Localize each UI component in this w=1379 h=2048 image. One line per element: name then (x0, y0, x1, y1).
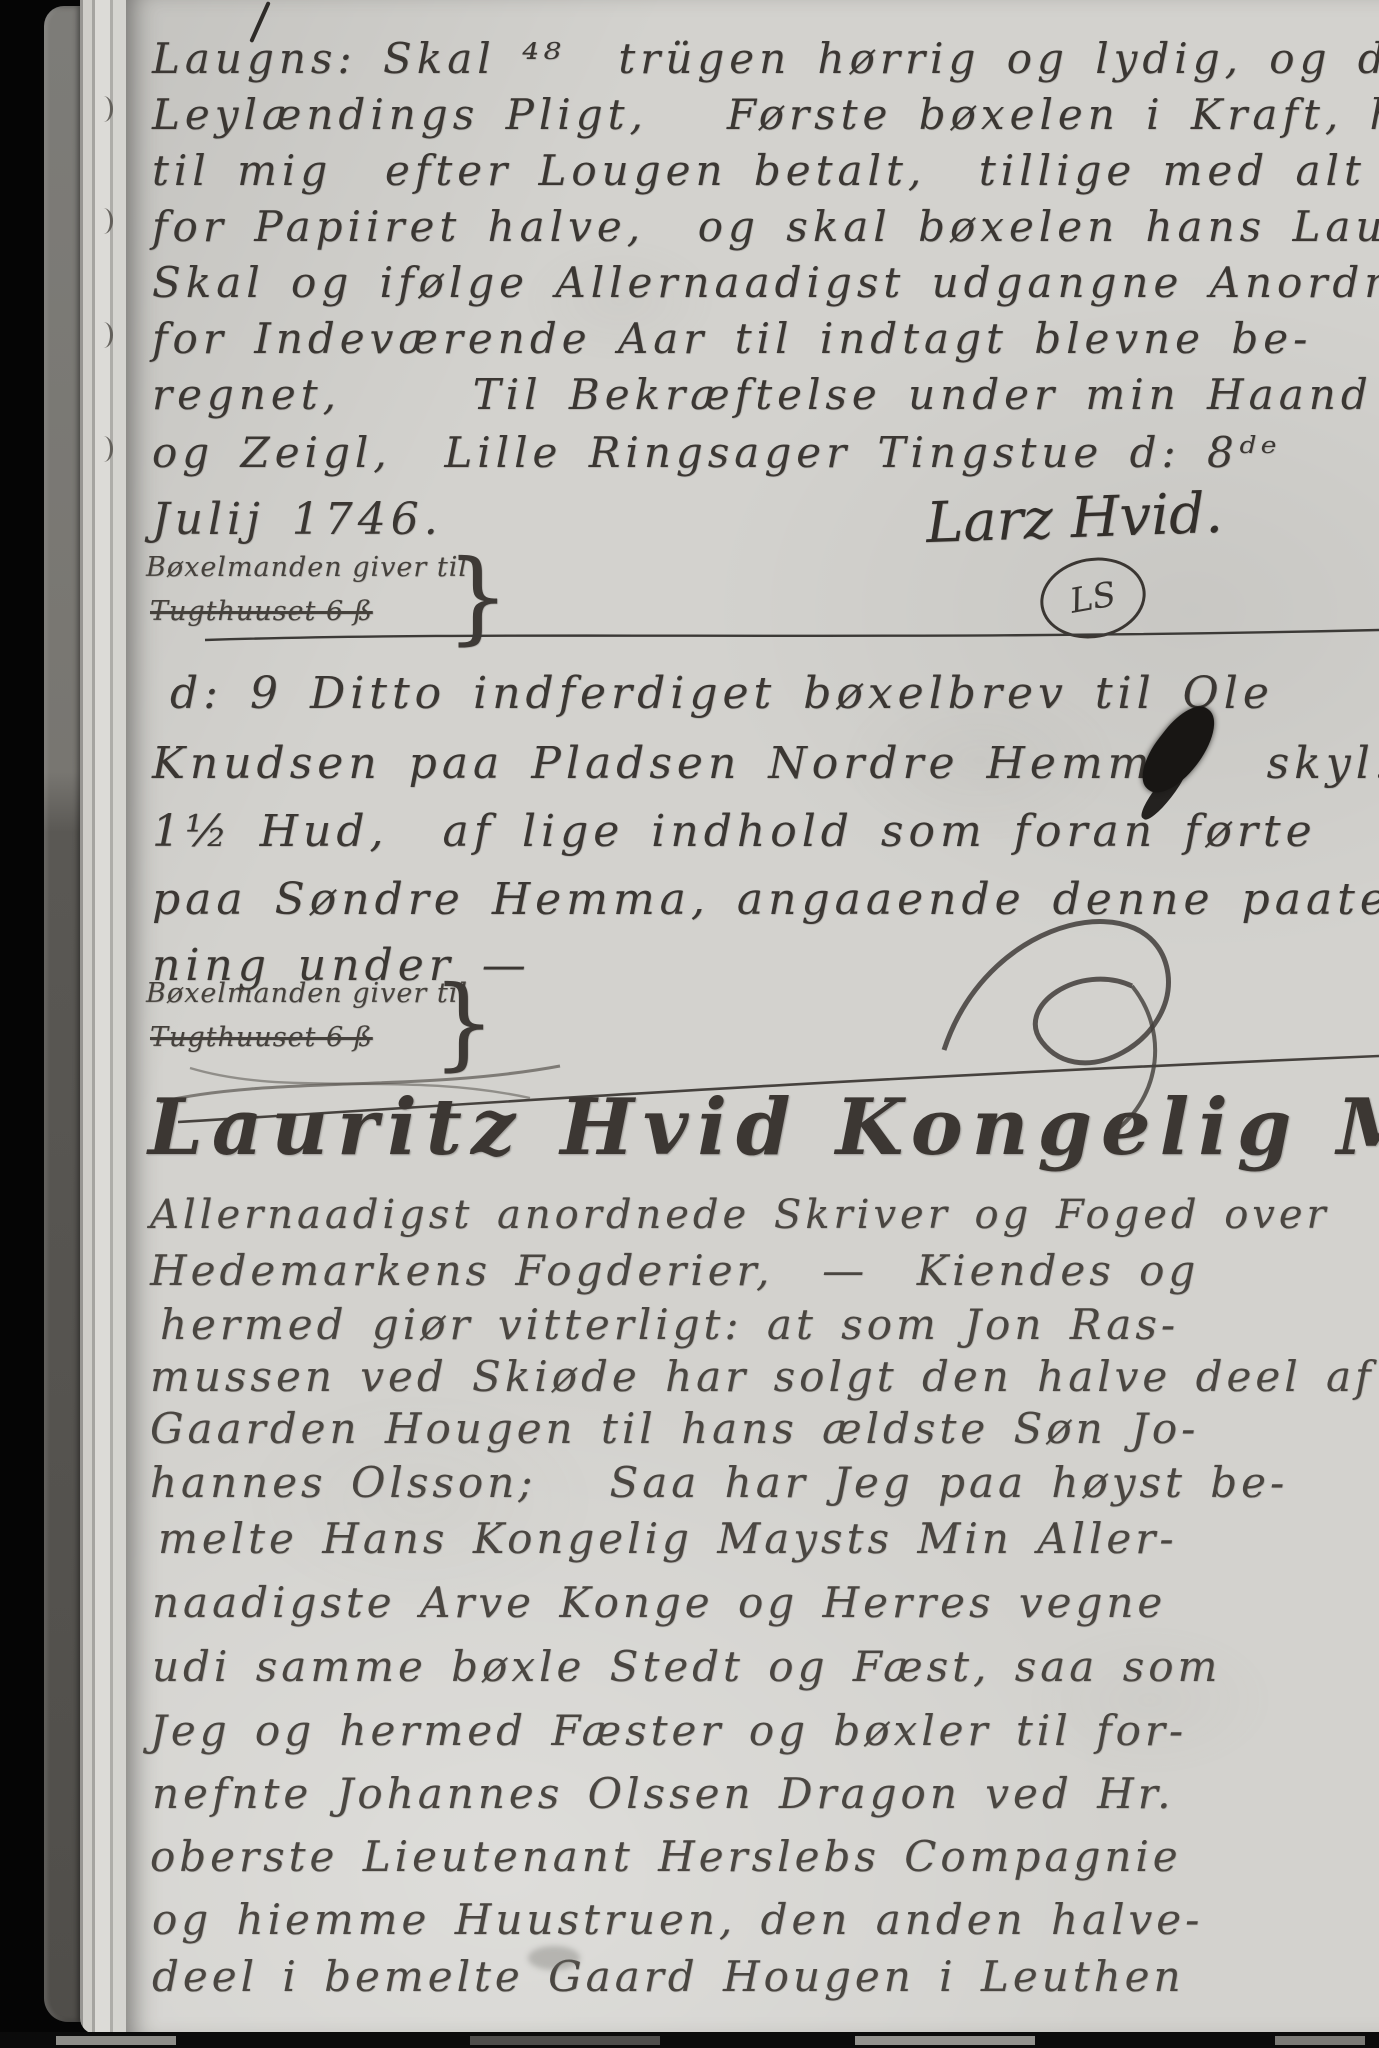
manuscript-line: Hedemarkens Fogderier, — Kiendes og (150, 1246, 1199, 1295)
manuscript-line: Skal og ifølge Allernaadigst udgangne An… (152, 258, 1379, 307)
manuscript-line: for Indeværende Aar til indtagt blevne b… (152, 314, 1312, 363)
manuscript-line: 1½ Hud, af lige indhold som foran førte (152, 806, 1317, 857)
manuscript-line: og hiemme Huustruen, den anden halve- (152, 1895, 1203, 1944)
manuscript-line: paa Søndre Hemma, angaaende denne paateg… (152, 874, 1379, 925)
page-edge-stack (80, 0, 126, 2034)
manuscript-line: og Zeigl, Lille Ringsager Tingstue d: 8ᵈ… (152, 428, 1282, 477)
scanned-manuscript-page: Laugns: Skal ⁴⁸ trügen hørrig og lydig, … (0, 0, 1379, 2048)
scan-strip-segment (470, 2036, 660, 2045)
page-edge-mark (95, 208, 113, 234)
manuscript-line: regnet, Til Bekræftelse under min Haand (152, 370, 1373, 419)
manuscript-line: nefnte Johannes Olssen Dragon ved Hr. (152, 1769, 1175, 1818)
manuscript-line: Gaarden Hougen til hans ældste Søn Jo- (150, 1404, 1199, 1453)
entry-heading: Lauritz Hvid Kongelig Mayts. (148, 1082, 1379, 1173)
fee-note-line: Bøxelmanden giver til (146, 978, 468, 1009)
manuscript-line: deel i bemelte Gaard Hougen i Leuthen (152, 1952, 1185, 2001)
paper-smudge (528, 1946, 580, 1970)
manuscript-line: d: 9 Ditto indferdiget bøxelbrev til Ole (170, 668, 1274, 719)
book-cover-edge (44, 6, 82, 2022)
fee-note-line: Bøxelmanden giver til (146, 552, 468, 583)
manuscript-line: Leylændings Pligt, Første bøxelen i Kraf… (152, 90, 1379, 139)
page-edge-mark (95, 436, 113, 462)
scan-bottom-strip (0, 2032, 1379, 2048)
manuscript-line: Laugns: Skal ⁴⁸ trügen hørrig og lydig, … (152, 34, 1379, 83)
signature: Larz Hvid. (925, 481, 1224, 556)
scan-strip-segment (56, 2036, 176, 2045)
page-edge-mark (95, 322, 113, 348)
manuscript-line: til mig efter Lougen betalt, tillige med… (152, 146, 1379, 195)
seal-initials: LS (1067, 574, 1119, 621)
manuscript-line: Jeg og hermed Fæster og bøxler til for- (150, 1706, 1187, 1755)
manuscript-line: melte Hans Kongelig Maysts Min Aller- (158, 1514, 1178, 1563)
manuscript-line: mussen ved Skiøde har solgt den halve de… (150, 1352, 1375, 1401)
manuscript-line: oberste Lieutenant Herslebs Compagnie (150, 1832, 1182, 1881)
manuscript-line: naadigste Arve Konge og Herres vegne (152, 1578, 1166, 1627)
separator-rule (0, 622, 1379, 652)
manuscript-line: Allernaadigst anordnede Skriver og Foged… (150, 1192, 1330, 1238)
manuscript-line: hermed giør vitterligt: at som Jon Ras- (160, 1300, 1179, 1349)
scan-strip-segment (1275, 2036, 1365, 2045)
scan-strip-segment (855, 2036, 1035, 2045)
manuscript-line: for Papiiret halve, og skal bøxelen hans… (152, 202, 1379, 251)
manuscript-line: hannes Olsson; Saa har Jeg paa høyst be- (150, 1458, 1288, 1507)
date-line: Julij 1746. (152, 494, 443, 545)
page-edge-mark (95, 96, 113, 122)
manuscript-line: udi samme bøxle Stedt og Fæst, saa som (152, 1642, 1221, 1691)
